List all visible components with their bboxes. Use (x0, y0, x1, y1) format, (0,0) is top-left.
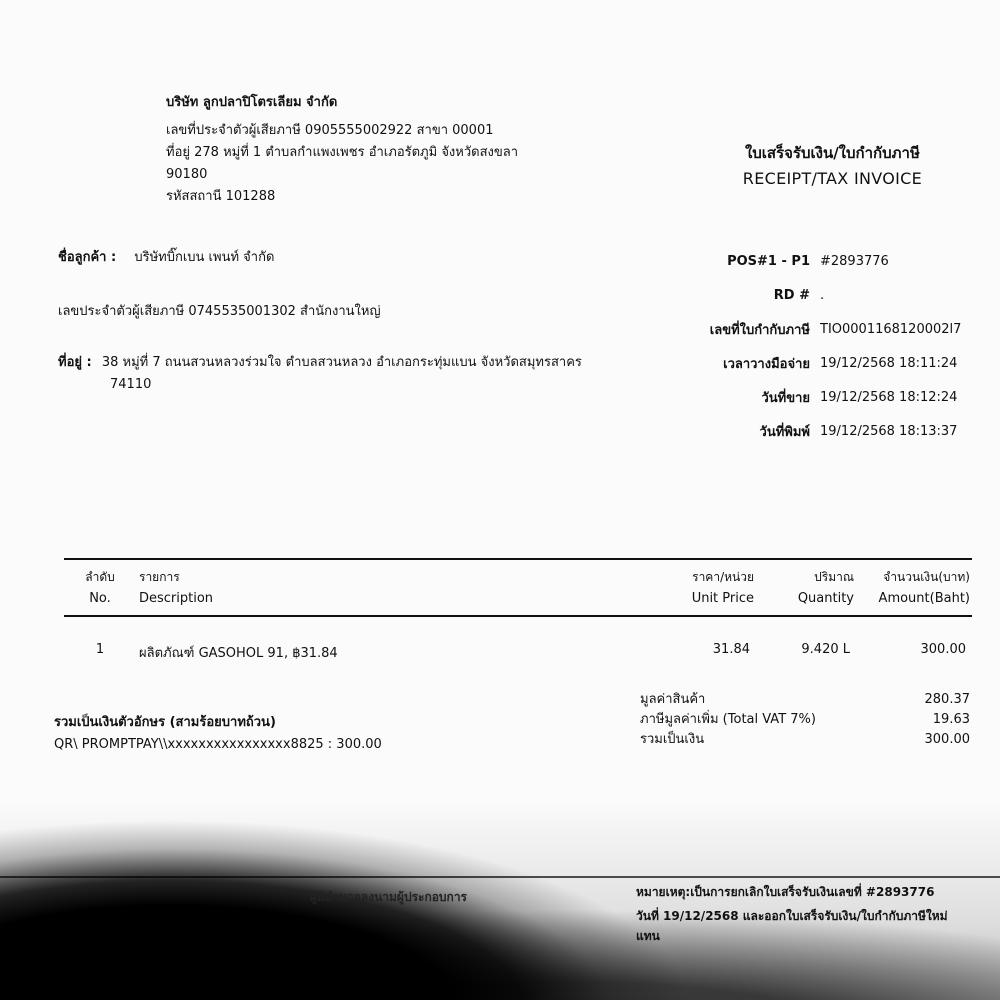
total-row-grand-total: รวมเป็นเงิน 300.00 (640, 730, 970, 750)
meta-value: 19/12/2568 18:13:37 (820, 424, 948, 439)
total-row-vat: ภาษีมูลค่าเพิ่ม (Total VAT 7%) 19.63 (640, 710, 970, 730)
table-top-rule (64, 558, 972, 560)
col-header-description: รายการ Description (139, 566, 213, 610)
total-row-subtotal: มูลค่าสินค้า 280.37 (640, 690, 970, 710)
total-label: รวมเป็นเงิน (640, 730, 704, 750)
col-header-amount-en: Amount(Baht) (860, 588, 970, 610)
col-header-no-th: ลำดับ (78, 566, 122, 588)
meta-value: #2893776 (820, 254, 948, 269)
meta-row-sale-date: วันที่ขาย 19/12/2568 18:12:24 (618, 380, 948, 414)
meta-value: TIO0001168120002l7 (820, 322, 948, 337)
col-header-unit-price: ราคา/หน่วย Unit Price (650, 566, 754, 610)
meta-value: 19/12/2568 18:11:24 (820, 356, 948, 371)
customer-address-label: ที่อยู่ : (58, 355, 92, 370)
meta-label: เลขที่ใบกำกับภาษี (710, 319, 810, 340)
signature-label: ผู้มีอำนาจลงนามผู้ประกอบการ (310, 888, 467, 907)
note-line3: แทน (636, 928, 948, 944)
customer-address-line2: 74110 (58, 374, 582, 396)
seller-address-line1: ที่อยู่ 278 หมู่ที่ 1 ตำบลกำแพงเพชร อำเภ… (166, 142, 518, 164)
seller-tax-id: เลขที่ประจำตัวผู้เสียภาษี 0905555002922 … (166, 120, 518, 142)
customer-address: ที่อยู่ : 38 หมู่ที่ 7 ถนนสวนหลวงร่วมใจ … (58, 352, 582, 396)
col-header-quantity-en: Quantity (770, 588, 854, 610)
note-line2: วันที่ 19/12/2568 และออกใบเสร็จรับเงิน/ใ… (636, 904, 948, 928)
totals: มูลค่าสินค้า 280.37 ภาษีมูลค่าเพิ่ม (Tot… (640, 690, 970, 750)
customer-address-line1: 38 หมู่ที่ 7 ถนนสวนหลวงร่วมใจ ตำบลสวนหลว… (102, 355, 582, 370)
payment-summary: รวมเป็นเงินตัวอักษร (สามร้อยบาทถ้วน) QR\… (54, 712, 382, 756)
customer-name: บริษัทบิ๊กเบน เพนท์ จำกัด (134, 250, 274, 265)
note-line1: หมายเหตุ:เป็นการยกเลิกใบเสร็จรับเงินเลขท… (636, 880, 948, 904)
col-header-description-en: Description (139, 588, 213, 610)
footer-rule (0, 876, 1000, 878)
meta-label: RD # (774, 288, 810, 303)
row-description: ผลิตภัณฑ์ GASOHOL 91, ฿31.84 (139, 642, 338, 663)
customer-name-label: ชื่อลูกค้า : (58, 250, 116, 265)
meta-label: วันที่พิมพ์ (760, 421, 810, 442)
customer-name-row: ชื่อลูกค้า : บริษัทบิ๊กเบน เพนท์ จำกัด (58, 246, 274, 267)
meta-row-tax-invoice-no: เลขที่ใบกำกับภาษี TIO0001168120002l7 (618, 312, 948, 346)
row-unit-price: 31.84 (650, 642, 750, 657)
meta-row-nozzle-time: เวลาวางมือจ่าย 19/12/2568 18:11:24 (618, 346, 948, 380)
total-value: 19.63 (933, 710, 970, 730)
document-title: ใบเสร็จรับเงิน/ใบกำกับภาษี RECEIPT/TAX I… (743, 140, 922, 192)
amount-in-words: รวมเป็นเงินตัวอักษร (สามร้อยบาทถ้วน) (54, 712, 382, 734)
meta-row-pos: POS#1 - P1 #2893776 (618, 244, 948, 278)
meta-label: เวลาวางมือจ่าย (723, 353, 810, 374)
row-amount: 300.00 (860, 642, 966, 657)
cancellation-note: หมายเหตุ:เป็นการยกเลิกใบเสร็จรับเงินเลขท… (636, 880, 948, 944)
seller-station-code: รหัสสถานี 101288 (166, 186, 518, 208)
row-no: 1 (78, 642, 122, 657)
col-header-amount: จำนวนเงิน(บาท) Amount(Baht) (860, 566, 970, 610)
document-title-th: ใบเสร็จรับเงิน/ใบกำกับภาษี (743, 140, 922, 166)
seller-address-line2: 90180 (166, 164, 518, 186)
seller-name: บริษัท ลูกปลาปิโตรเลียม จำกัด (166, 92, 518, 114)
col-header-no-en: No. (78, 588, 122, 610)
meta-value: 19/12/2568 18:12:24 (820, 390, 948, 405)
total-value: 300.00 (925, 730, 971, 750)
col-header-no: ลำดับ No. (78, 566, 122, 610)
customer-tax-id-text: เลขประจำตัวผู้เสียภาษี 0745535001302 สำน… (58, 304, 381, 319)
meta-row-rd: RD # . (618, 278, 948, 312)
total-label: มูลค่าสินค้า (640, 690, 705, 710)
col-header-unit-price-en: Unit Price (650, 588, 754, 610)
total-value: 280.37 (925, 690, 971, 710)
receipt-meta: POS#1 - P1 #2893776 RD # . เลขที่ใบกำกับ… (618, 244, 948, 448)
payment-method-line: QR\ PROMPTPAY\\xxxxxxxxxxxxxxxx8825 : 30… (54, 734, 382, 756)
seller-info: บริษัท ลูกปลาปิโตรเลียม จำกัด เลขที่ประจ… (166, 92, 518, 208)
col-header-quantity-th: ปริมาณ (770, 566, 854, 588)
meta-label: POS#1 - P1 (727, 254, 810, 269)
meta-label: วันที่ขาย (761, 387, 810, 408)
meta-value: . (820, 288, 948, 303)
table-header-rule (64, 615, 972, 617)
col-header-description-th: รายการ (139, 566, 213, 588)
customer-tax-id: เลขประจำตัวผู้เสียภาษี 0745535001302 สำน… (58, 300, 381, 321)
total-label: ภาษีมูลค่าเพิ่ม (Total VAT 7%) (640, 710, 816, 730)
col-header-quantity: ปริมาณ Quantity (770, 566, 854, 610)
col-header-amount-th: จำนวนเงิน(บาท) (860, 566, 970, 588)
meta-row-print-date: วันที่พิมพ์ 19/12/2568 18:13:37 (618, 414, 948, 448)
document-title-en: RECEIPT/TAX INVOICE (743, 166, 922, 192)
col-header-unit-price-th: ราคา/หน่วย (650, 566, 754, 588)
row-quantity: 9.420 L (760, 642, 850, 657)
